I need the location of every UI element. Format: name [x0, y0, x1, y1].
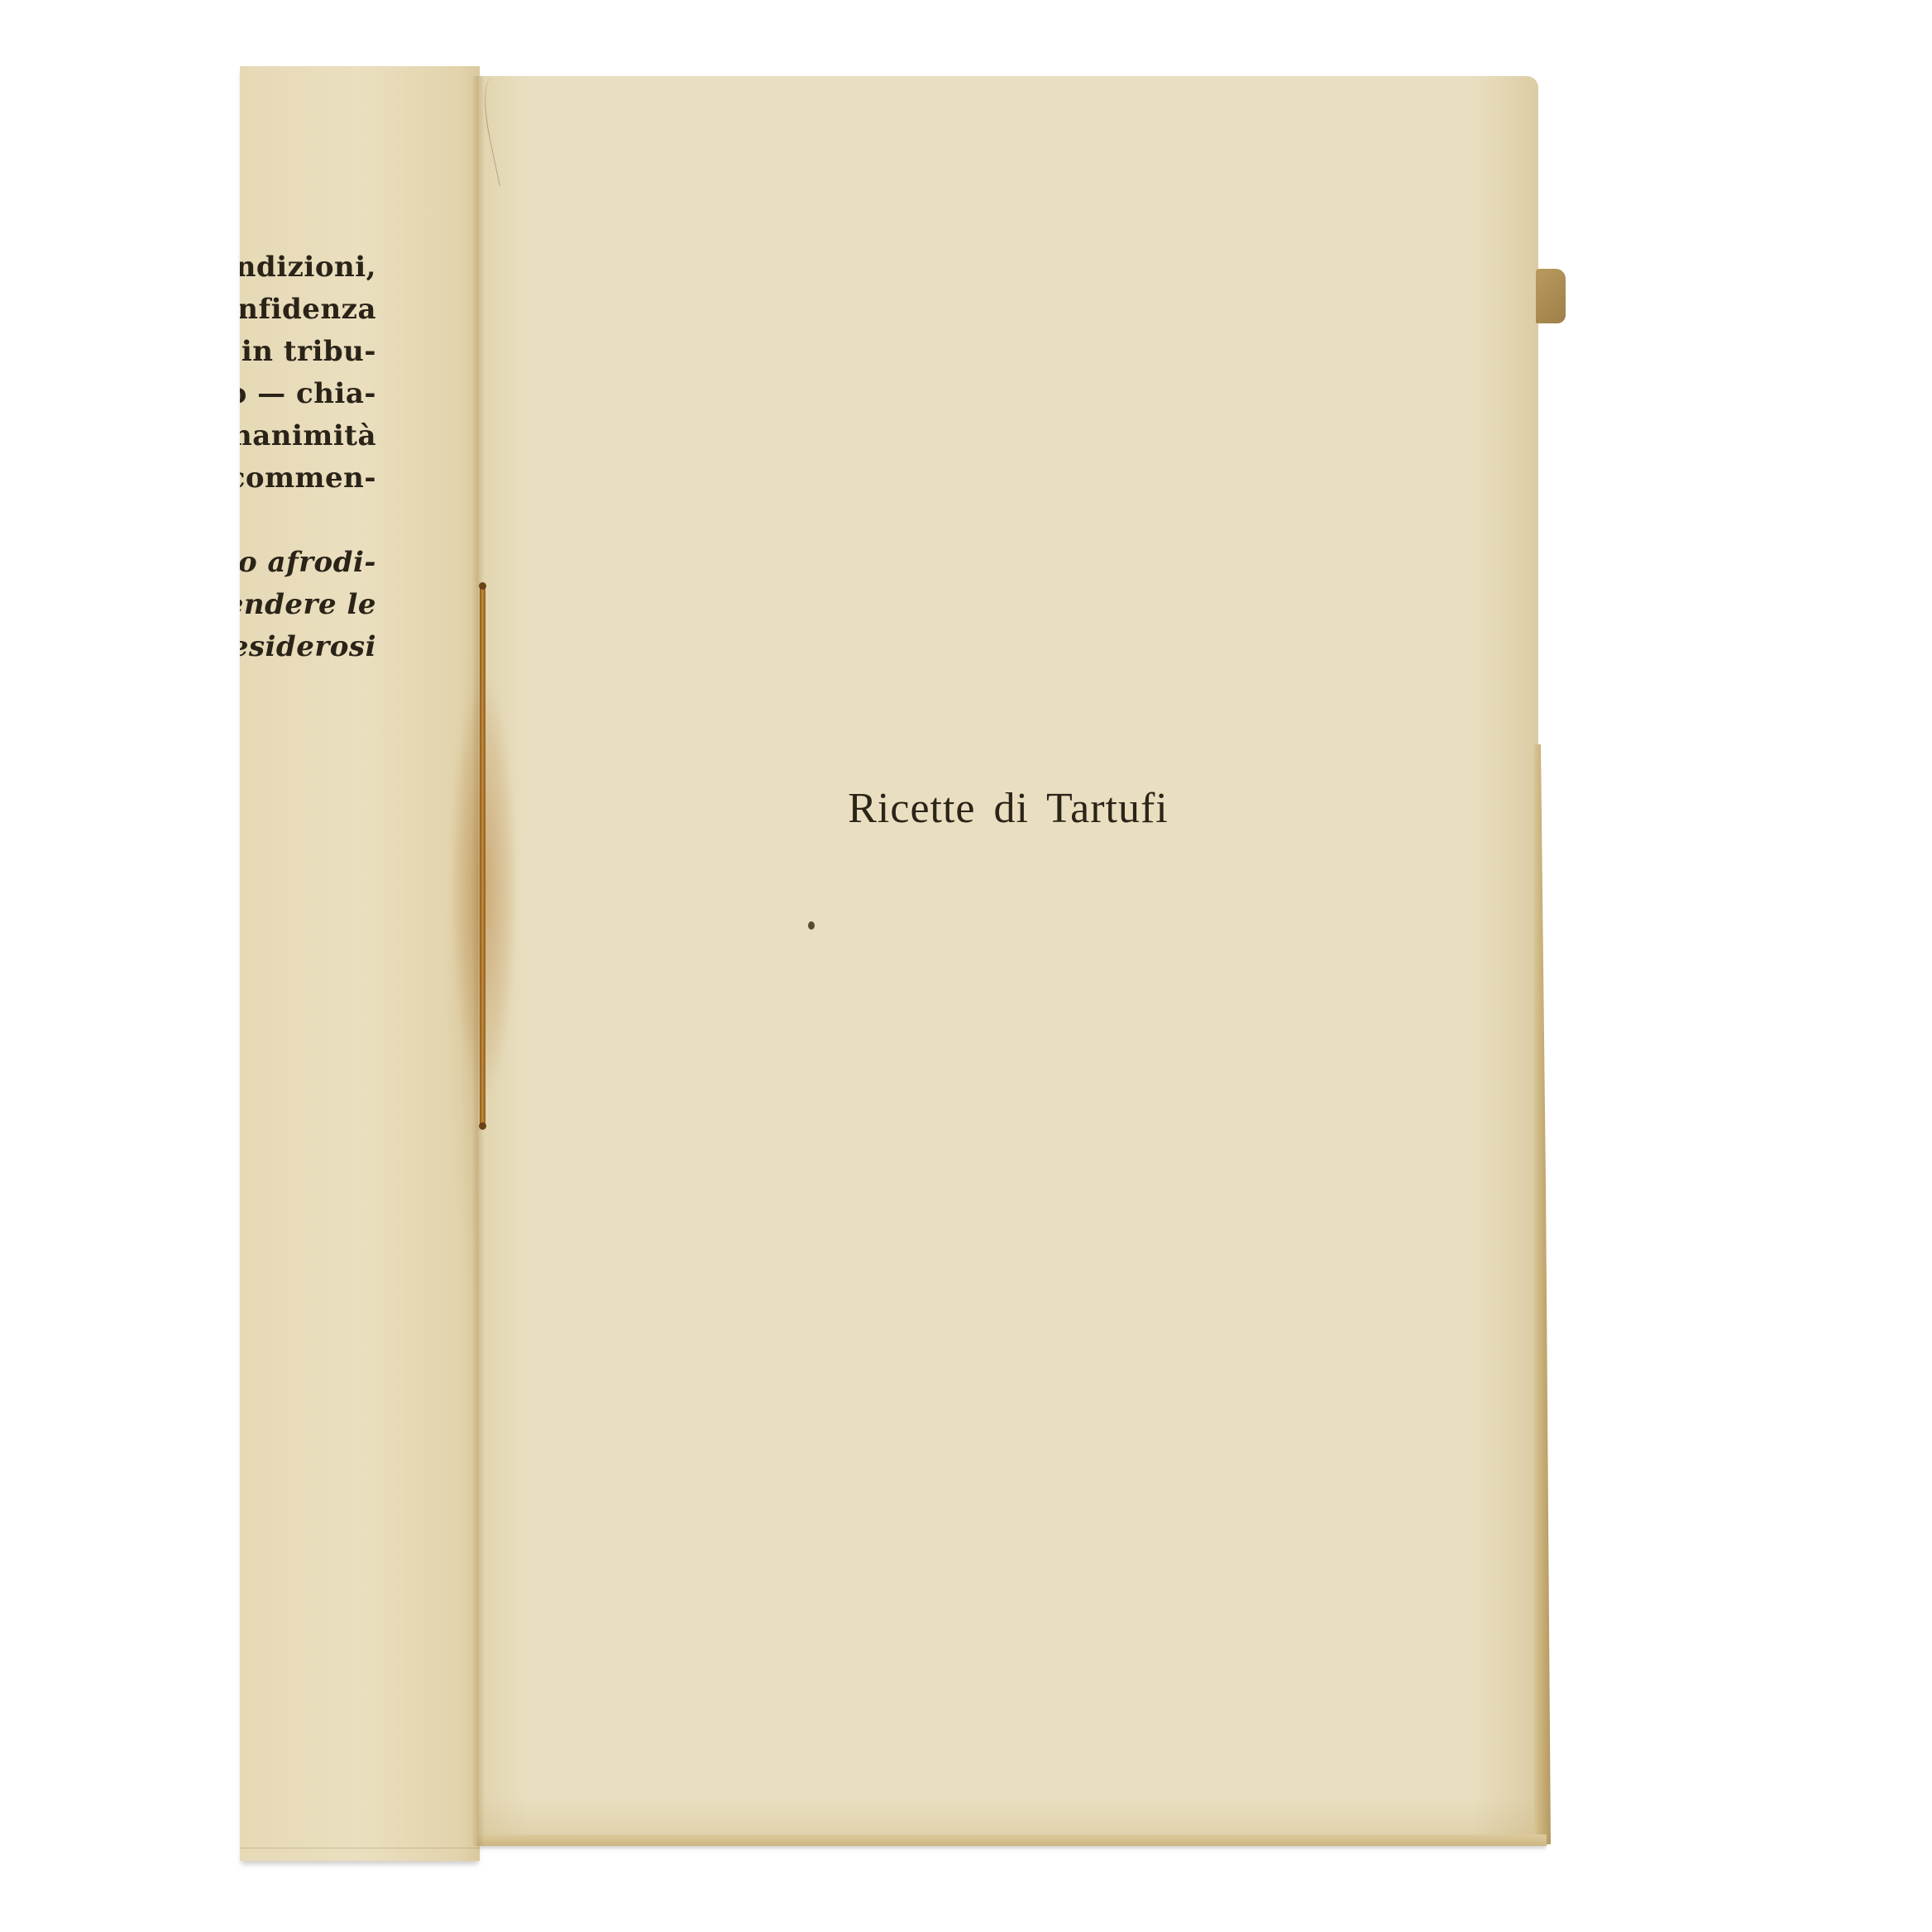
paragraph-gap: [240, 500, 376, 542]
ink-speck: [808, 921, 815, 930]
page-tab: [1536, 269, 1566, 323]
text-line-italic: desiderosi: [240, 626, 376, 668]
left-page-text-area: ondizioni, onfidenza in tribu- o — chia-…: [240, 66, 380, 811]
text-line: nanimità: [240, 415, 376, 457]
text-line: in tribu-: [240, 331, 376, 373]
text-line-italic: o afrodi-: [240, 542, 376, 584]
text-line: onfidenza: [240, 289, 376, 331]
text-line: o — chia-: [240, 373, 376, 415]
booklet-photo: ondizioni, onfidenza in tribu- o — chia-…: [0, 0, 1932, 1932]
text-line: commen-: [240, 457, 376, 500]
text-line: ondizioni,: [240, 246, 376, 289]
title-area: Ricette di Tartufi: [478, 0, 1538, 1932]
left-page-text: ondizioni, onfidenza in tribu- o — chia-…: [240, 246, 376, 668]
page-title: Ricette di Tartufi: [478, 784, 1538, 833]
text-line-italic: rendere le: [240, 584, 376, 626]
